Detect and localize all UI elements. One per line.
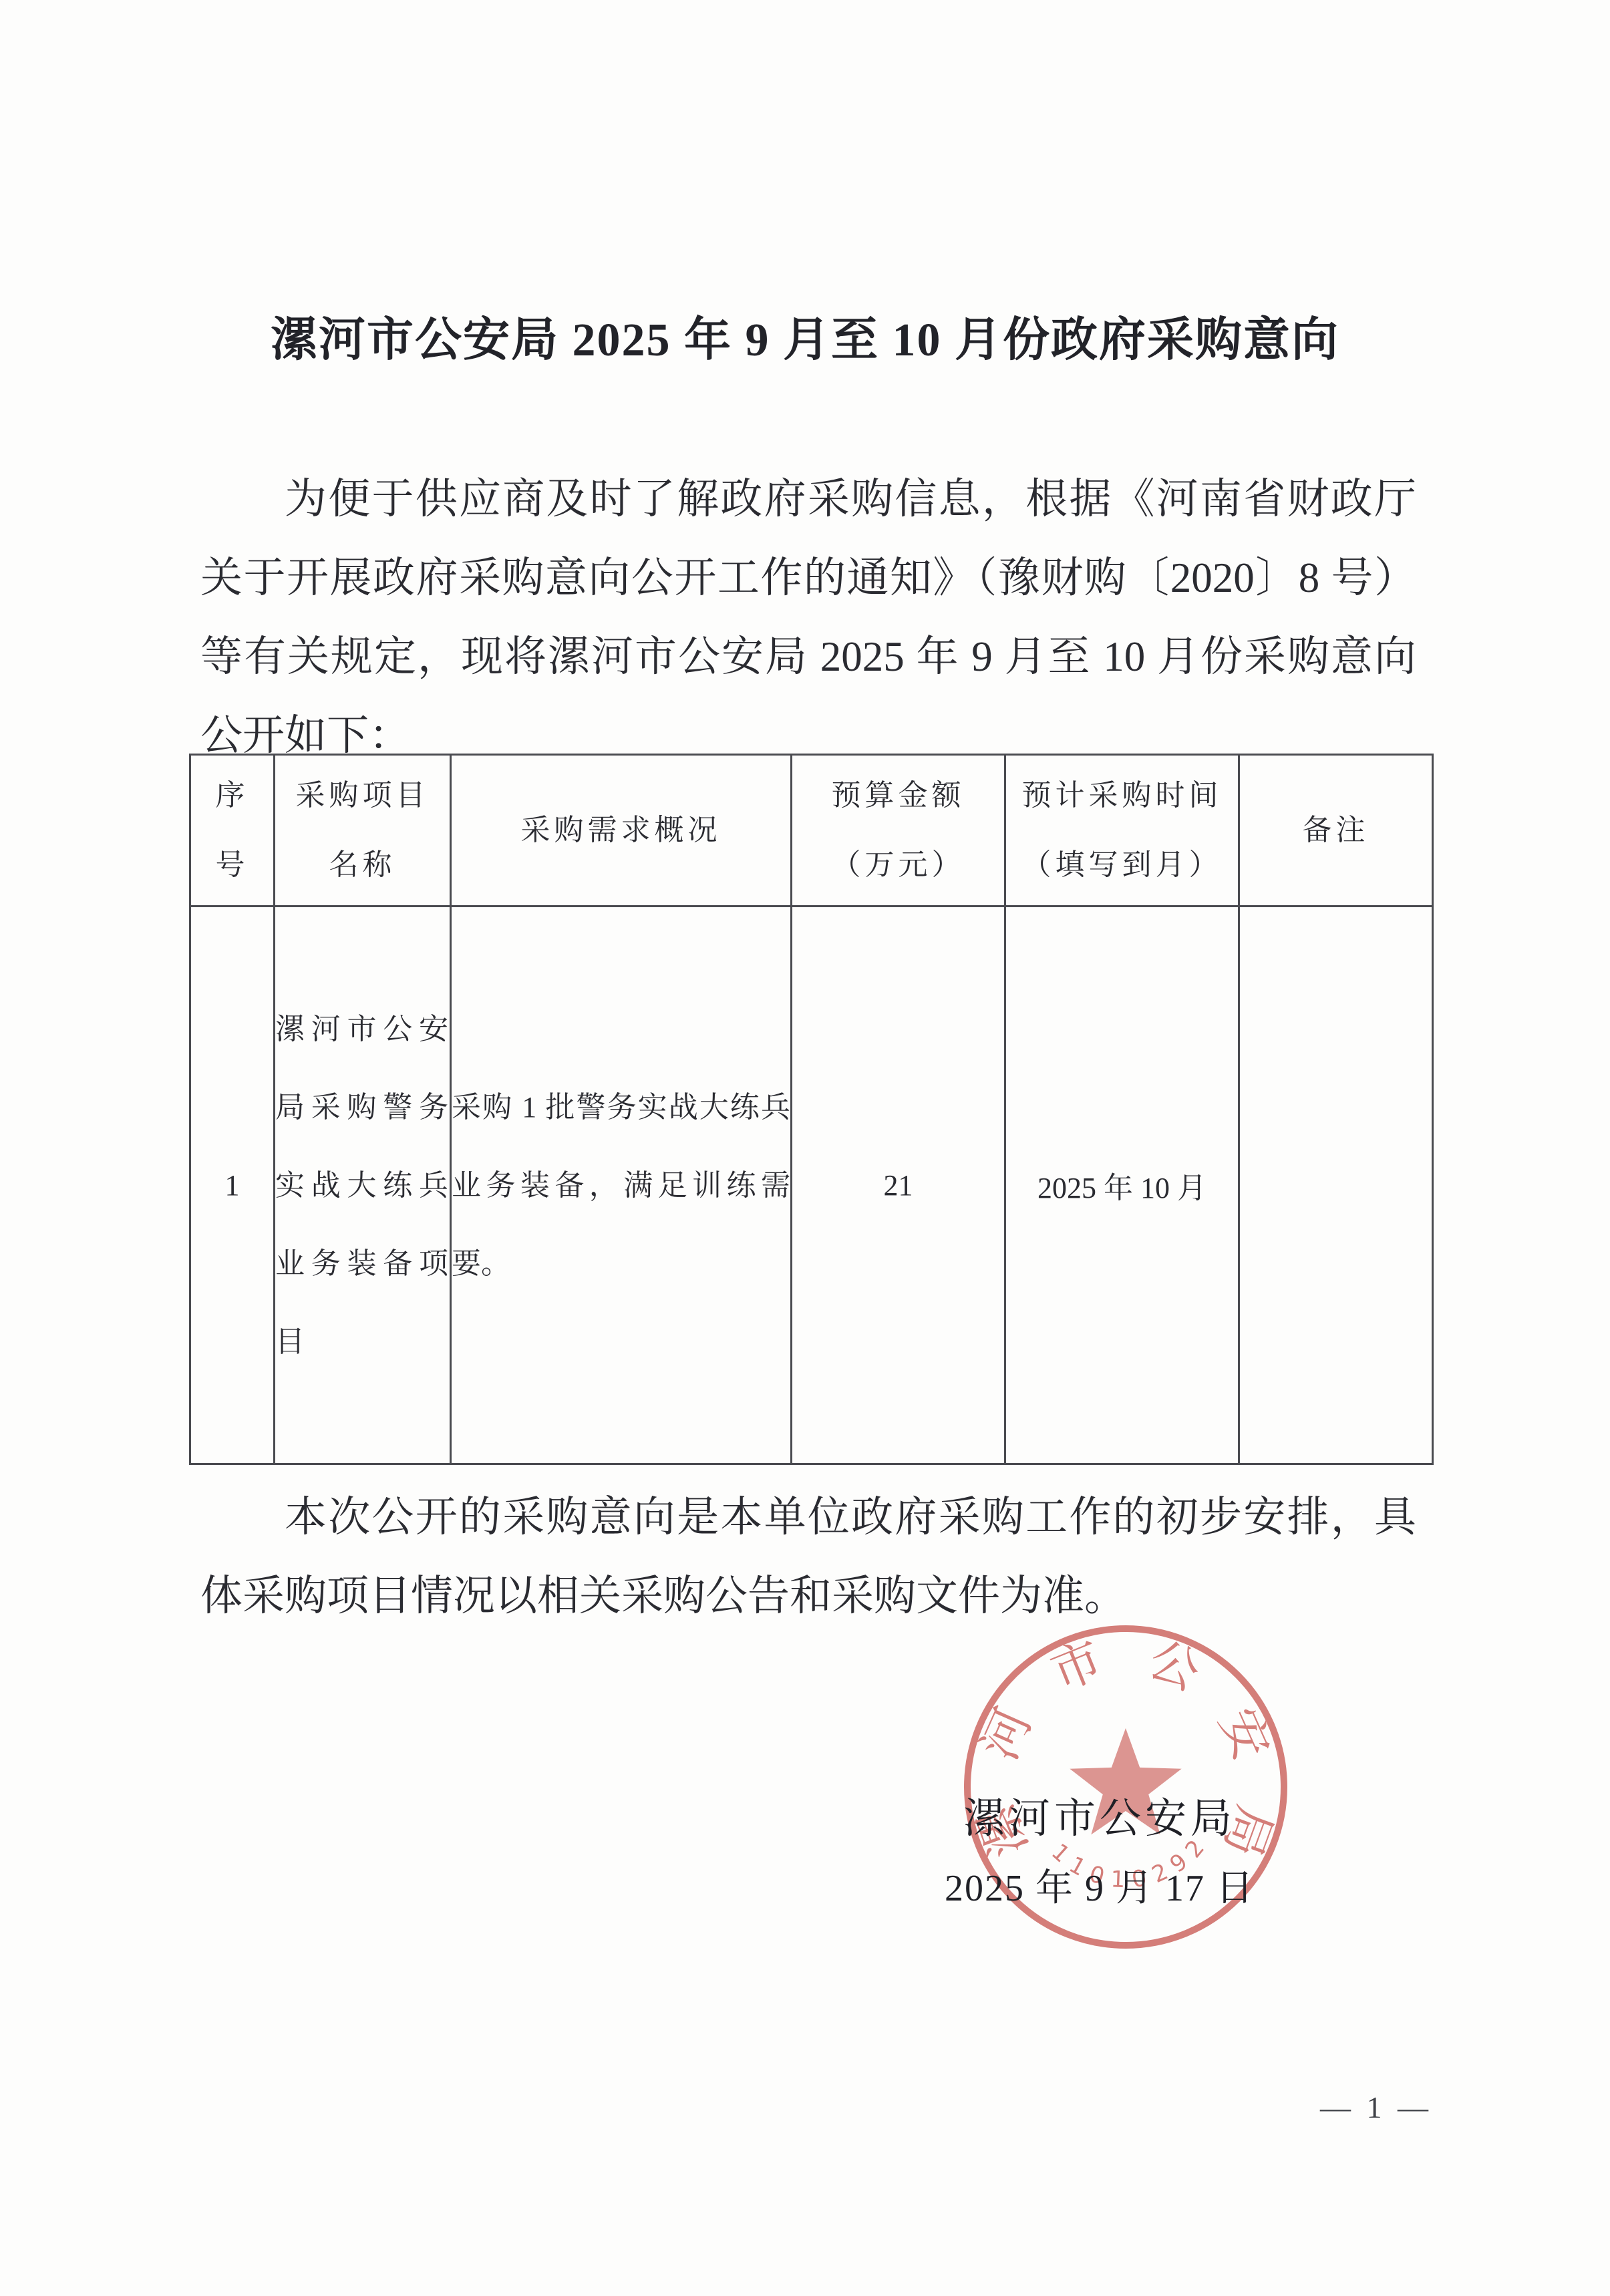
col-header-budget: 预算金额 （万元） (792, 755, 1005, 907)
demand-overview-text: 采购 1 批警务实战大练兵业务装备，满足训练需要。 (452, 1068, 790, 1303)
col-header-project-name: 采购项目 名称 (275, 755, 451, 907)
intro-paragraph: 为便于供应商及时了解政府采购信息，根据《河南省财政厅关于开展政府采购意向公开工作… (200, 460, 1416, 775)
issuer-signature: 漯河市公安局 (895, 1785, 1304, 1844)
document-page: 漯河市公安局 2025 年 9 月至 10 月份政府采购意向 为便于供应商及时了… (0, 0, 1610, 2296)
project-name-text: 漯河市公安局采购警务实战大练兵业务装备项目 (275, 990, 450, 1381)
cell-demand-overview: 采购 1 批警务实战大练兵业务装备，满足训练需要。 (451, 907, 792, 1464)
procurement-intention-table: 序 号 采购项目 名称 采购需求概况 预算金额 （万元） 预计采购时间 （填写到… (189, 754, 1434, 1465)
seal-ring-char: 安 (1209, 1701, 1279, 1768)
table-row: 1 漯河市公安局采购警务实战大练兵业务装备项目 采购 1 批警务实战大练兵业务装… (190, 907, 1433, 1464)
cell-planned-time: 2025 年 10 月 (1005, 907, 1239, 1464)
issue-date: 2025 年 9 月 17 日 (895, 1858, 1304, 1912)
page-number: — 1 — (1289, 2090, 1463, 2125)
table-header-row: 序 号 采购项目 名称 采购需求概况 预算金额 （万元） 预计采购时间 （填写到… (190, 755, 1433, 907)
cell-project-name: 漯河市公安局采购警务实战大练兵业务装备项目 (275, 907, 451, 1464)
seal-ring-char: 河 (972, 1701, 1042, 1768)
closing-paragraph: 本次公开的采购意向是本单位政府采购工作的初步安排，具体采购项目情况以相关采购公告… (200, 1478, 1416, 1635)
cell-seq: 1 (190, 907, 275, 1464)
cell-budget: 21 (792, 907, 1005, 1464)
col-header-seq: 序 号 (190, 755, 275, 907)
col-header-remark: 备注 (1239, 755, 1433, 907)
document-title: 漯河市公安局 2025 年 9 月至 10 月份政府采购意向 (0, 302, 1610, 369)
cell-remark (1239, 907, 1433, 1464)
col-header-planned-time: 预计采购时间 （填写到月） (1005, 755, 1239, 907)
col-header-demand: 采购需求概况 (451, 755, 792, 907)
